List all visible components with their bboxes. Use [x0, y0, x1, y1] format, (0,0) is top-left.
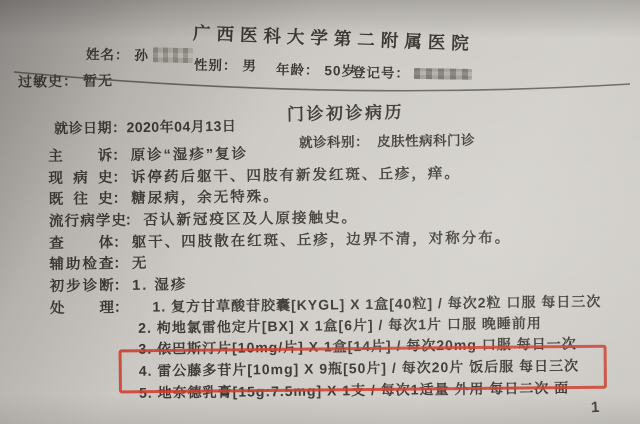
treatment-item: 2. 枸地氯雷他定片[BX] X 1盒[6片] / 每次1片 口服 晚睡前用	[138, 314, 542, 335]
treatment-label: 处理	[50, 296, 114, 318]
record-body: 主诉：原诊“湿疹”复诊 现病史：诉停药后躯干、四肢有新发红斑、丘疹，痒。 既往史…	[40, 138, 631, 405]
visit-date-label: 就诊日期	[54, 119, 112, 136]
field-label: 现病史	[48, 166, 112, 188]
field-value: 原诊“湿疹”复诊	[131, 146, 249, 163]
field-label: 辅助检查	[49, 253, 113, 275]
red-highlight-box	[119, 345, 607, 394]
colon: ：	[112, 148, 127, 164]
hospital-name: 广西医科大学第二附属医院	[193, 20, 476, 56]
visit-date-value: 2020年04月13日	[126, 118, 236, 136]
field-value: 无	[132, 256, 149, 272]
page-number: 1	[591, 399, 600, 416]
field-label: 初步诊断	[50, 274, 114, 296]
colon: ：	[112, 170, 127, 186]
colon: ：	[125, 213, 140, 229]
colon: ：	[113, 191, 128, 207]
colon: ：	[112, 119, 127, 135]
field-value: 诉停药后躯干、四肢有新发红斑、丘疹，痒。	[131, 166, 461, 186]
visit-date-field: 就诊日期：2020年04月13日	[54, 116, 237, 139]
treatment-item: 1. 复方甘草酸苷胶囊[KYGL] X 1盒[40粒] / 每次2粒 口服 每日…	[152, 293, 601, 314]
colon: ：	[113, 256, 128, 272]
field-label: 既往史	[49, 187, 113, 209]
medical-record-photo: 广西医科大学第二附属医院 姓名：孙 性别：男 年龄：50岁 登记号： 过敏史：暂…	[0, 0, 640, 424]
colon: ：	[114, 278, 129, 294]
field-label: 主诉	[48, 144, 112, 166]
field-label: 流行病学史	[49, 209, 125, 231]
field-value: 否认新冠疫区及人原接触史。	[143, 210, 358, 229]
field-label: 查体	[49, 231, 113, 253]
colon: ：	[114, 300, 129, 316]
paper-sheet: 广西医科大学第二附属医院 姓名：孙 性别：男 年龄：50岁 登记号： 过敏史：暂…	[0, 0, 640, 424]
field-value: 糖尿病，余无特殊。	[131, 189, 280, 207]
field-value: 1. 湿疹	[132, 277, 187, 294]
colon: ：	[113, 235, 128, 251]
document-title: 门诊初诊病历	[287, 98, 404, 125]
separator-line	[0, 58, 640, 104]
field-value: 躯干、四肢散在红斑、丘疹，边界不清，对称分布。	[132, 230, 512, 251]
